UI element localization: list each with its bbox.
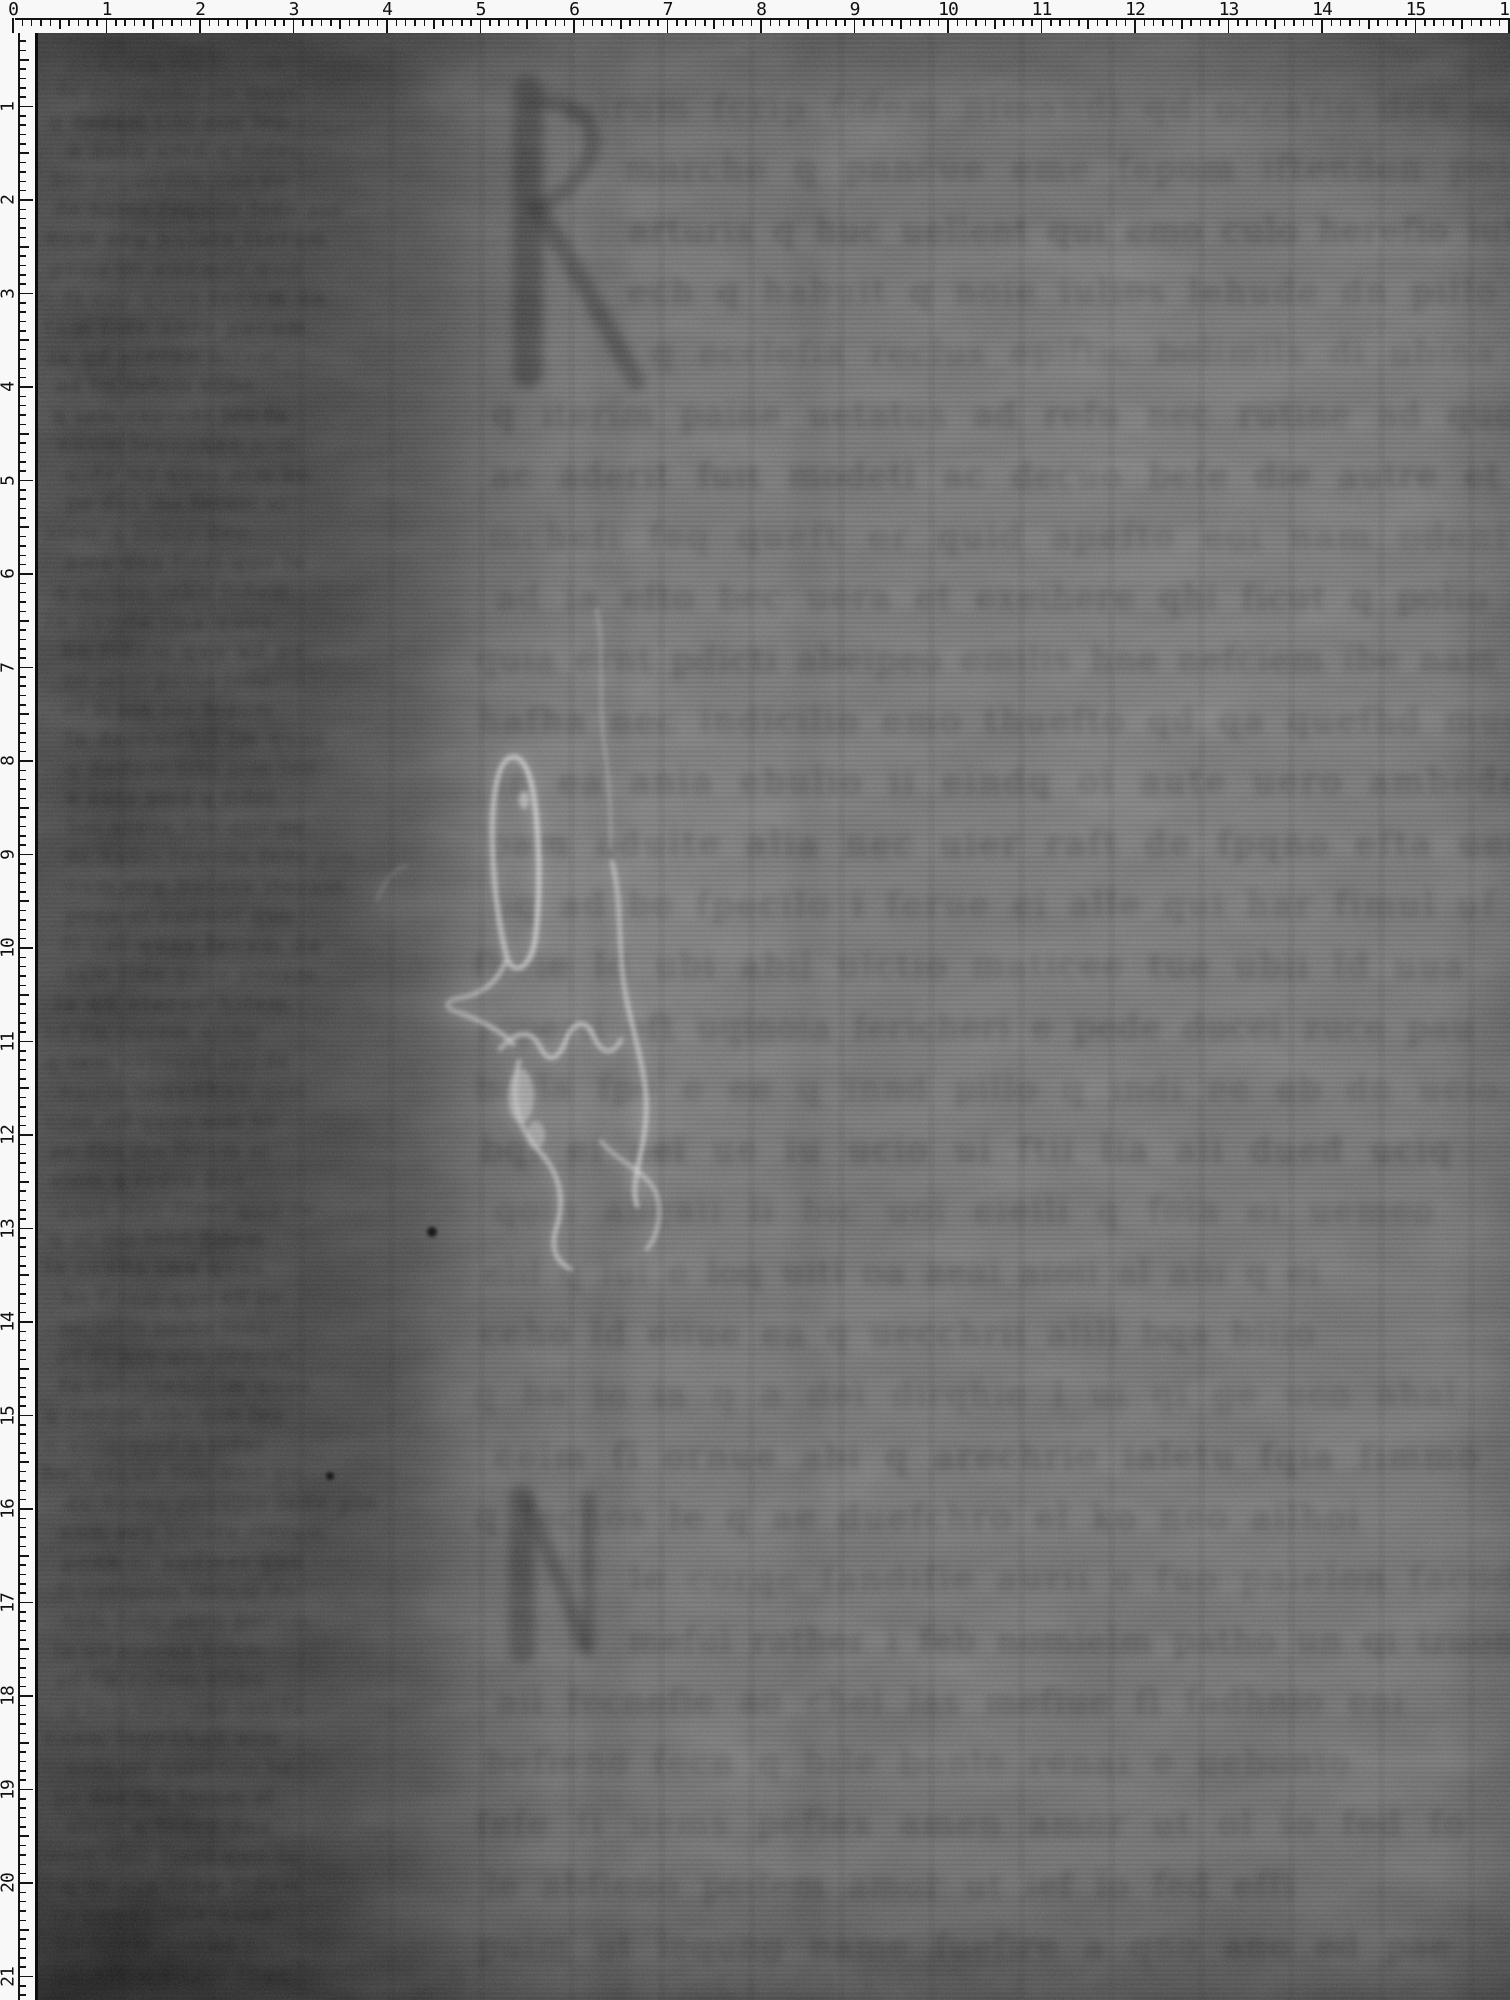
- ruler-tick: [18, 1864, 26, 1866]
- ruler-tick: [18, 1938, 26, 1940]
- ruler-tick: [18, 1368, 29, 1370]
- ruler-tick: [18, 872, 26, 874]
- ruler-tick: [1480, 18, 1482, 26]
- ruler-tick: [452, 18, 454, 26]
- ruler-tick: [18, 1181, 29, 1183]
- ruler-tick: [526, 18, 528, 29]
- ruler-tick: [18, 657, 26, 659]
- ruler-tick: [18, 910, 26, 912]
- ruler-tick: [18, 1218, 26, 1220]
- ruler-tick: [424, 18, 426, 26]
- ruler-tick: [751, 18, 753, 26]
- ruler-tick: [18, 1667, 26, 1669]
- ruler-tick: [18, 545, 26, 547]
- ruler-number: 2: [0, 195, 19, 205]
- ruler-tick: [171, 18, 173, 26]
- ruler-tick: [18, 1405, 26, 1407]
- ruler-tick: [1209, 18, 1211, 26]
- ruler-tick: [18, 1490, 26, 1492]
- ruler-tick: [18, 152, 29, 154]
- ruler-tick: [1396, 18, 1398, 26]
- ruler-tick: [311, 18, 313, 26]
- ruler-tick: [18, 583, 26, 585]
- ruler-tick: [246, 18, 248, 29]
- ruler-tick: [18, 1359, 26, 1361]
- ruler-tick: [18, 919, 26, 921]
- ruler-tick: [18, 798, 26, 800]
- ruler-tick: [18, 1303, 26, 1305]
- ruler-number: 15: [1406, 0, 1426, 20]
- ruler-tick: [18, 592, 26, 594]
- ruler-tick: [863, 18, 865, 26]
- ruler-tick: [18, 1817, 26, 1819]
- ruler-tick: [349, 18, 351, 26]
- ruler-tick: [18, 1480, 26, 1482]
- ruler-vertical: 123456789101112131415161718192021: [0, 33, 35, 2000]
- ruler-tick: [18, 1461, 29, 1463]
- ruler-tick: [648, 18, 650, 26]
- ruler-tick: [18, 1190, 26, 1192]
- ruler-tick: [18, 1920, 26, 1922]
- ruler-tick: [1116, 18, 1118, 26]
- ruler-tick: [12, 18, 14, 33]
- ruler-tick: [18, 1714, 26, 1716]
- ruler-tick: [18, 1246, 26, 1248]
- ruler-tick: [18, 863, 26, 865]
- ruler-tick: [1368, 18, 1370, 29]
- ruler-tick: [910, 18, 912, 26]
- ruler-tick: [18, 938, 26, 940]
- ruler-tick: [18, 1948, 26, 1950]
- ruler-tick: [18, 433, 29, 435]
- ruler-tick: [18, 1237, 26, 1239]
- ruler-tick: [18, 732, 26, 734]
- ruler-tick: [18, 667, 33, 669]
- ruler-tick: [18, 947, 33, 949]
- ruler-tick: [18, 1050, 26, 1052]
- ruler-tick: [592, 18, 594, 26]
- ruler-number: 21: [0, 1967, 19, 1987]
- ruler-tick: [209, 18, 211, 26]
- ruler-tick: [713, 18, 715, 29]
- ruler-number: 6: [569, 0, 579, 20]
- ruler-tick: [18, 1396, 26, 1398]
- ruler-tick: [18, 1546, 26, 1548]
- ruler-number: 1: [102, 0, 112, 20]
- ruler-tick: [18, 1274, 29, 1276]
- ruler-tick: [106, 18, 108, 33]
- ruler-tick: [1340, 18, 1342, 26]
- ruler-tick: [18, 1835, 29, 1837]
- ruler-number: 18: [0, 1686, 19, 1706]
- ruler-tick: [18, 1639, 26, 1641]
- ruler-number: 19: [0, 1780, 19, 1800]
- ruler-tick: [18, 957, 26, 959]
- ruler-tick: [18, 1677, 26, 1679]
- ruler-tick: [18, 1321, 33, 1323]
- ruler-number: 13: [0, 1219, 19, 1239]
- ruler-number: 14: [0, 1312, 19, 1332]
- ruler-number: 5: [0, 476, 19, 486]
- ruler-tick: [18, 975, 26, 977]
- ruler-tick: [18, 1228, 33, 1230]
- ruler-tick: [18, 358, 26, 360]
- ruler-tick: [330, 18, 332, 26]
- ruler-tick: [1274, 18, 1276, 29]
- ruler-tick: [18, 321, 26, 323]
- ruler-tick: [18, 255, 26, 257]
- ruler-tick: [18, 1387, 26, 1389]
- ruler-tick: [536, 18, 538, 26]
- ruler-tick: [18, 1116, 26, 1118]
- ruler-tick: [18, 1892, 26, 1894]
- ruler-tick: [18, 1293, 26, 1295]
- ruler-tick: [18, 405, 26, 407]
- ruler-tick: [18, 1733, 26, 1735]
- ruler-tick: [1190, 18, 1192, 26]
- ruler-tick: [18, 695, 26, 697]
- ruler-tick: [1415, 18, 1417, 33]
- ruler-tick: [1452, 18, 1454, 26]
- ruler-tick: [18, 564, 26, 566]
- ruler-tick: [18, 1284, 26, 1286]
- ruler-tick: [265, 18, 267, 26]
- ruler-number: 0: [8, 0, 18, 20]
- ruler-tick: [18, 424, 26, 426]
- ruler-tick: [18, 648, 26, 650]
- ruler-tick: [1490, 18, 1492, 26]
- ruler-tick: [1284, 18, 1286, 26]
- ruler-tick: [461, 18, 463, 26]
- ruler-tick: [1162, 18, 1164, 26]
- manuscript-photo: et fi ain oio fedumfa deinmehil im quosq…: [35, 33, 1510, 2000]
- ruler-tick: [18, 302, 26, 304]
- ruler-tick: [18, 124, 26, 126]
- ruler-tick: [573, 18, 575, 33]
- ruler-tick: [1022, 18, 1024, 26]
- ruler-tick: [1041, 18, 1043, 33]
- ruler-tick: [255, 18, 257, 26]
- ruler-tick: [396, 18, 398, 26]
- ruler-tick: [50, 18, 52, 26]
- ruler-tick: [564, 18, 566, 26]
- ruler-tick: [1433, 18, 1435, 26]
- ruler-tick: [18, 1751, 26, 1753]
- ruler-tick: [667, 18, 669, 33]
- ruler-tick: [18, 723, 26, 725]
- ruler-tick: [583, 18, 585, 26]
- ruler-number: 6: [0, 569, 19, 579]
- ruler-tick: [18, 414, 26, 416]
- ruler-tick: [18, 265, 26, 267]
- ruler-number: 4: [382, 0, 392, 20]
- ruler-tick: [779, 18, 781, 26]
- ink-speck: [427, 1227, 437, 1237]
- ruler-number: 1: [0, 102, 19, 112]
- ruler-number: 2: [195, 0, 205, 20]
- ruler-tick: [68, 18, 70, 26]
- ruler-tick: [405, 18, 407, 26]
- ruler-tick: [18, 1499, 26, 1501]
- ruler-tick: [18, 237, 26, 239]
- ruler-tick: [414, 18, 416, 26]
- ruler-tick: [1256, 18, 1258, 26]
- ruler-tick: [18, 1134, 33, 1136]
- ruler-tick: [18, 1648, 29, 1650]
- ruler-tick: [620, 18, 622, 29]
- ruler-tick: [18, 96, 26, 98]
- ruler-number: 15: [0, 1406, 19, 1426]
- ruler-tick: [480, 18, 482, 33]
- ruler-tick: [1293, 18, 1295, 26]
- ruler-tick: [87, 18, 89, 26]
- ruler-number: 7: [0, 663, 19, 673]
- ruler-tick: [18, 461, 26, 463]
- ruler-number: 9: [0, 850, 19, 860]
- ruler-tick: [18, 1695, 33, 1697]
- ruler-number: 4: [0, 382, 19, 392]
- ruler-tick: [162, 18, 164, 26]
- ruler-tick: [816, 18, 818, 26]
- ruler-tick: [18, 1097, 26, 1099]
- ruler-tick: [732, 18, 734, 26]
- ruler-tick: [18, 199, 33, 201]
- ruler-tick: [517, 18, 519, 26]
- ruler-tick: [639, 18, 641, 26]
- ruler-tick: [358, 18, 360, 26]
- ruler-tick: [1069, 18, 1071, 26]
- ruler-tick: [18, 1957, 26, 1959]
- ruler-tick: [18, 1966, 26, 1968]
- ruler-tick: [18, 966, 26, 968]
- ruler-tick: [18, 760, 33, 762]
- ruler-tick: [199, 18, 201, 33]
- ruler-tick: [1303, 18, 1305, 26]
- ruler-tick: [18, 526, 29, 528]
- ruler-tick: [1321, 18, 1323, 33]
- ruler-tick: [18, 882, 26, 884]
- ruler-tick: [18, 536, 26, 538]
- ruler-tick: [882, 18, 884, 26]
- ruler-tick: [18, 368, 26, 370]
- ruler-tick: [695, 18, 697, 26]
- ruler-tick: [152, 18, 154, 29]
- ruler-tick: [18, 676, 26, 678]
- ruler-tick: [18, 50, 26, 52]
- ruler-tick: [723, 18, 725, 26]
- ruler-tick: [844, 18, 846, 26]
- ruler-tick: [218, 18, 220, 26]
- ruler-tick: [1153, 18, 1155, 26]
- ruler-tick: [18, 891, 26, 893]
- ruler-tick: [1359, 18, 1361, 26]
- ruler-tick: [18, 1022, 26, 1024]
- ruler-tick: [798, 18, 800, 26]
- ruler-tick: [18, 293, 33, 295]
- ruler-tick: [18, 181, 26, 183]
- ruler-tick: [18, 68, 26, 70]
- ruler-tick: [900, 18, 902, 29]
- ruler-tick: [685, 18, 687, 26]
- ruler-tick: [18, 788, 26, 790]
- ruler-tick: [18, 349, 26, 351]
- ruler-tick: [18, 555, 26, 557]
- ruler-tick: [18, 1976, 33, 1978]
- ruler-tick: [18, 1798, 26, 1800]
- ruler-tick: [18, 1312, 26, 1314]
- ruler-tick: [339, 18, 341, 29]
- ruler-tick: [18, 1592, 26, 1594]
- ruler-tick: [770, 18, 772, 26]
- ruler-tick: [18, 629, 26, 631]
- ruler-tick: [18, 573, 33, 575]
- ruler-tick: [1200, 18, 1202, 26]
- ruler-tick: [657, 18, 659, 26]
- ruler-tick: [18, 1087, 29, 1089]
- ruler-tick: [498, 18, 500, 26]
- ruler-tick: [985, 18, 987, 26]
- ruler-tick: [872, 18, 874, 26]
- ruler-tick: [555, 18, 557, 26]
- ruler-tick: [433, 18, 435, 29]
- ruler-tick: [18, 1415, 33, 1417]
- ruler-tick: [18, 816, 26, 818]
- ruler-tick: [807, 18, 809, 29]
- ink-speck: [326, 1472, 334, 1480]
- ruler-tick: [18, 704, 26, 706]
- ruler-tick: [181, 18, 183, 26]
- ruler-tick: [59, 18, 61, 29]
- ruler-tick: [283, 18, 285, 26]
- ruler-tick: [18, 807, 29, 809]
- ruler-tick: [1097, 18, 1099, 26]
- photo-left-border: [35, 33, 38, 2000]
- ruler-tick: [96, 18, 98, 26]
- ruler-number: 11: [1032, 0, 1052, 20]
- ruler-tick: [18, 1611, 26, 1613]
- ruler-tick: [601, 18, 603, 26]
- ruler-tick: [386, 18, 388, 33]
- ruler-tick: [18, 1583, 26, 1585]
- ruler-horizontal: 012345678910111213141516: [0, 0, 1510, 33]
- ruler-tick: [1471, 18, 1473, 26]
- ruler-tick: [18, 1265, 26, 1267]
- ruler-tick: [18, 929, 26, 931]
- ruler-tick: [18, 1985, 26, 1987]
- film-grain-overlay: [35, 33, 1510, 2000]
- ruler-tick: [1461, 18, 1463, 29]
- ruler-tick: [788, 18, 790, 26]
- ruler-tick: [134, 18, 136, 26]
- ruler-tick: [18, 452, 26, 454]
- ruler-tick: [18, 480, 33, 482]
- ruler-tick: [18, 40, 26, 42]
- ruler-tick: [293, 18, 295, 33]
- ruler-tick: [18, 751, 26, 753]
- ruler-tick: [124, 18, 126, 26]
- ruler-tick: [18, 1209, 26, 1211]
- ruler-tick: [18, 1686, 26, 1688]
- ruler-tick: [508, 18, 510, 26]
- ruler-tick: [975, 18, 977, 26]
- ruler-tick: [18, 1807, 26, 1809]
- ruler-tick: [919, 18, 921, 26]
- ruler-number: 10: [0, 938, 19, 958]
- ruler-tick: [18, 339, 29, 341]
- ruler-tick: [18, 611, 26, 613]
- ruler-number: 13: [1219, 0, 1239, 20]
- ruler-tick: [18, 900, 29, 902]
- ruler-tick: [18, 1929, 29, 1931]
- ruler-tick: [1013, 18, 1015, 26]
- ruler-tick: [18, 190, 26, 192]
- ruler-tick: [1265, 18, 1267, 26]
- ruler-tick: [18, 1742, 29, 1744]
- ruler-tick: [18, 1078, 26, 1080]
- ruler-tick: [18, 1873, 26, 1875]
- ruler-tick: [18, 1377, 26, 1379]
- ruler-tick: [22, 18, 24, 26]
- ruler-tick: [1443, 18, 1445, 26]
- ruler-tick: [115, 18, 117, 26]
- ruler-tick: [18, 311, 26, 313]
- ruler-tick: [18, 1125, 26, 1127]
- ruler-tick: [18, 601, 26, 603]
- ruler-tick: [18, 1564, 26, 1566]
- ruler-tick: [18, 78, 26, 80]
- ruler-number: 5: [476, 0, 486, 20]
- ruler-tick: [18, 1069, 26, 1071]
- ruler-number: 17: [0, 1593, 19, 1613]
- ruler-number: 8: [756, 0, 766, 20]
- ruler-tick: [18, 1003, 26, 1005]
- ruler-tick: [947, 18, 949, 33]
- ruler-tick: [18, 1658, 26, 1660]
- ruler-tick: [18, 1340, 26, 1342]
- ruler-tick: [1246, 18, 1248, 26]
- ruler-tick: [18, 1443, 26, 1445]
- ruler-tick: [18, 1106, 26, 1108]
- ruler-tick: [854, 18, 856, 33]
- ruler-tick: [18, 1620, 26, 1622]
- ruler-tick: [18, 1770, 26, 1772]
- ruler-tick: [18, 742, 26, 744]
- ruler-number: 10: [938, 0, 958, 20]
- ruler-tick: [321, 18, 323, 26]
- ruler-tick: [18, 826, 26, 828]
- ruler-tick: [18, 1508, 33, 1510]
- ruler-tick: [18, 779, 26, 781]
- ruler-tick: [676, 18, 678, 26]
- ruler-tick: [18, 1452, 26, 1454]
- ruler-tick: [18, 685, 26, 687]
- ruler-tick: [18, 134, 26, 136]
- ruler-tick: [470, 18, 472, 26]
- ruler-number: 11: [0, 1032, 19, 1052]
- ruler-tick: [18, 218, 26, 220]
- ruler-tick: [1106, 18, 1108, 26]
- ruler-tick: [760, 18, 762, 33]
- ruler-tick: [1181, 18, 1183, 29]
- ruler-tick: [18, 246, 29, 248]
- ruler-tick: [835, 18, 837, 26]
- ruler-tick: [994, 18, 996, 29]
- ruler-tick: [143, 18, 145, 26]
- ruler-tick: [611, 18, 613, 26]
- ruler-tick: [227, 18, 229, 26]
- ruler-tick: [18, 209, 26, 211]
- ruler-tick: [18, 994, 29, 996]
